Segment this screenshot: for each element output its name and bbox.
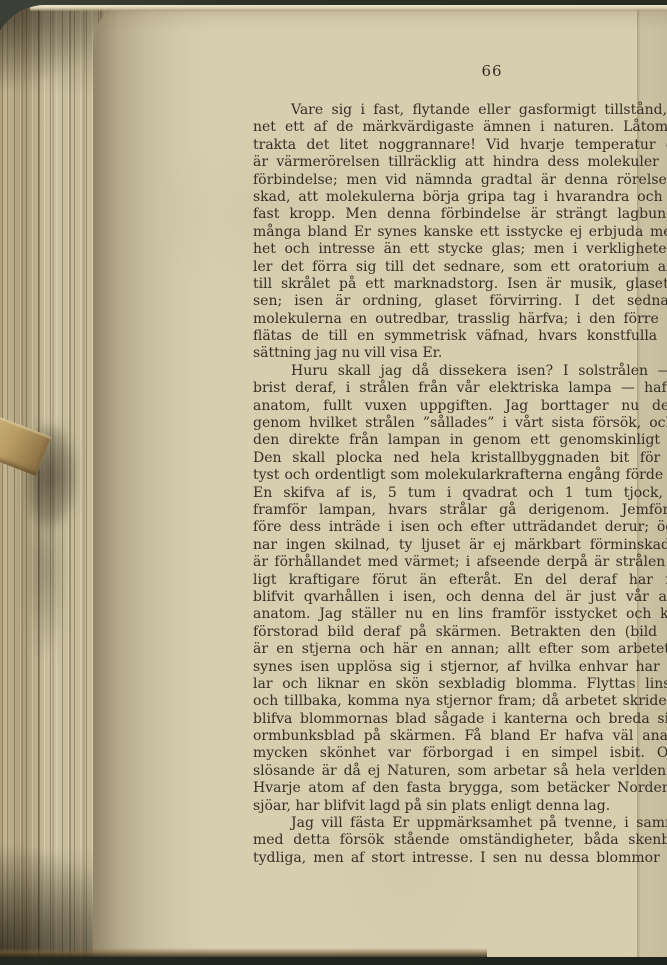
- text-line: Den skall plocka ned hela kristallbyggna…: [253, 450, 667, 467]
- text-line: och tillbaka, komma nya stjernor fram; d…: [253, 693, 667, 710]
- text-line: många bland Er synes kanske ett isstycke…: [253, 224, 667, 241]
- text-line: sättning jag nu vill visa Er.: [253, 345, 667, 362]
- text-line: ligt kraftigare förut än efteråt. En del…: [253, 572, 667, 589]
- text-line: En skifva af is, 5 tum i qvadrat och 1 t…: [253, 485, 667, 502]
- page-number: 66: [253, 62, 667, 80]
- text-line: trakta det litet noggrannare! Vid hvarje…: [253, 137, 667, 154]
- text-line: Jag vill fästa Er uppmärksamhet på tvenn…: [253, 815, 667, 832]
- text-block: Vare sig i fast, flytande eller gasformi…: [253, 102, 667, 867]
- text-line: anatom, fullt vuxen uppgiften. Jag bortt…: [253, 398, 667, 415]
- text-line: tyst och ordentligt som molekularkrafter…: [253, 467, 667, 484]
- text-line: anatom. Jag ställer nu en lins framför i…: [253, 606, 667, 623]
- text-line: sjöar, har blifvit lagd på sin plats enl…: [253, 798, 667, 815]
- text-line: lar och liknar en skön sexbladig blomma.…: [253, 676, 667, 693]
- text-line: synes isen upplösa sig i stjernor, af hv…: [253, 659, 667, 676]
- text-line: blifva blommornas blad sågade i kanterna…: [253, 711, 667, 728]
- text-line: är värmerörelsen tillräcklig att hindra …: [253, 154, 667, 171]
- page-bottom-edge: [0, 948, 487, 957]
- text-line: Huru skall jag då dissekera isen? I sols…: [253, 363, 667, 380]
- text-line: förstorad bild deraf på skärmen. Betrakt…: [253, 624, 667, 641]
- text-line: het och intresse än ett stycke glas; men…: [253, 241, 667, 258]
- text-line: är en stjerna och här en annan; allt eft…: [253, 641, 667, 658]
- text-line: fast kropp. Men denna förbindelse är str…: [253, 206, 667, 223]
- text-line: sen; isen är ordning, glaset förvirring.…: [253, 293, 667, 310]
- text-line: med detta försök stående omständigheter,…: [253, 832, 667, 849]
- text-line: Vare sig i fast, flytande eller gasformi…: [253, 102, 667, 119]
- text-line: ler det förra sig till det sednare, som …: [253, 259, 667, 276]
- text-line: nar ingen skilnad, ty ljuset är ej märkb…: [253, 537, 667, 554]
- text-line: framför lampan, hvars strålar gå derigen…: [253, 502, 667, 519]
- text-line: net ett af de märkvärdigaste ämnen i nat…: [253, 119, 667, 136]
- text-line: den direkte från lampan in genom ett gen…: [253, 432, 667, 449]
- text-line: blifvit qvarhållen i isen, och denna del…: [253, 589, 667, 606]
- text-line: är förhållandet med värmet; i afseende d…: [253, 554, 667, 571]
- text-line: brist deraf, i strålen från vår elektris…: [253, 380, 667, 397]
- book-page: 66 Vare sig i fast, flytande eller gasfo…: [93, 5, 667, 957]
- text-line: slösande är då ej Naturen, som arbetar s…: [253, 763, 667, 780]
- text-line: genom hvilket strålen ”sållades” i vårt …: [253, 415, 667, 432]
- photo-of-book: 66 Vare sig i fast, flytande eller gasfo…: [0, 0, 667, 965]
- text-line: före dess inträde i isen och efter utträ…: [253, 519, 667, 536]
- text-line: molekulerna en outredbar, trasslig härfv…: [253, 311, 667, 328]
- page-top-edge: [30, 5, 667, 11]
- text-line: tydliga, men af stort intresse. I sen nu…: [253, 850, 667, 867]
- text-line: Hvarje atom af den fasta brygga, som bet…: [253, 780, 667, 797]
- text-line: skad, att molekulerna börja gripa tag i …: [253, 189, 667, 206]
- text-line: till skrålet på ett marknadstorg. Isen ä…: [253, 276, 667, 293]
- text-line: ormbunksblad på skärmen. Få bland Er haf…: [253, 728, 667, 745]
- text-line: mycken skönhet var förborgad i en simpel…: [253, 745, 667, 762]
- text-line: förbindelse; men vid nämnda gradtal är d…: [253, 172, 667, 189]
- text-line: flätas de till en symmetrisk väfnad, hva…: [253, 328, 667, 345]
- open-book: 66 Vare sig i fast, flytande eller gasfo…: [0, 5, 667, 957]
